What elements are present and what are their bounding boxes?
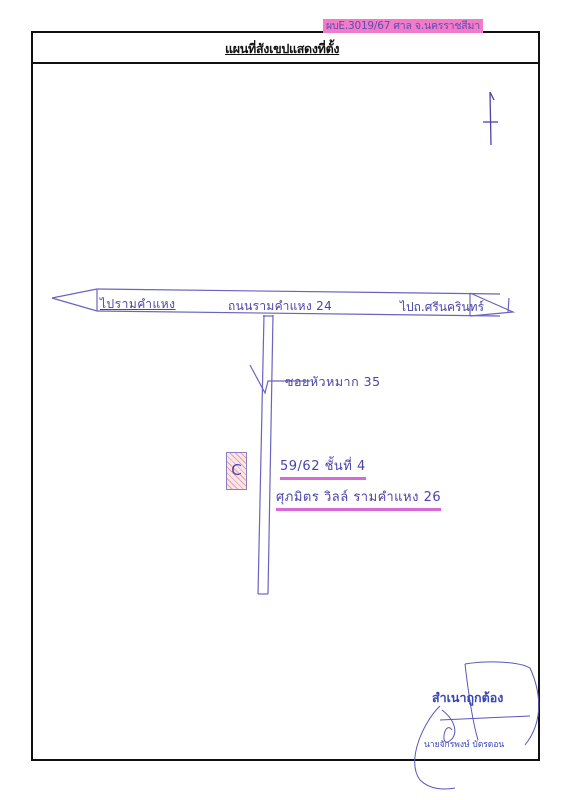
signature-mark (0, 0, 585, 800)
certified-copy-stamp: สำเนาถูกต้อง (432, 688, 503, 708)
signer-name: นายจักรพงษ์ บัตรดอน (424, 737, 504, 751)
